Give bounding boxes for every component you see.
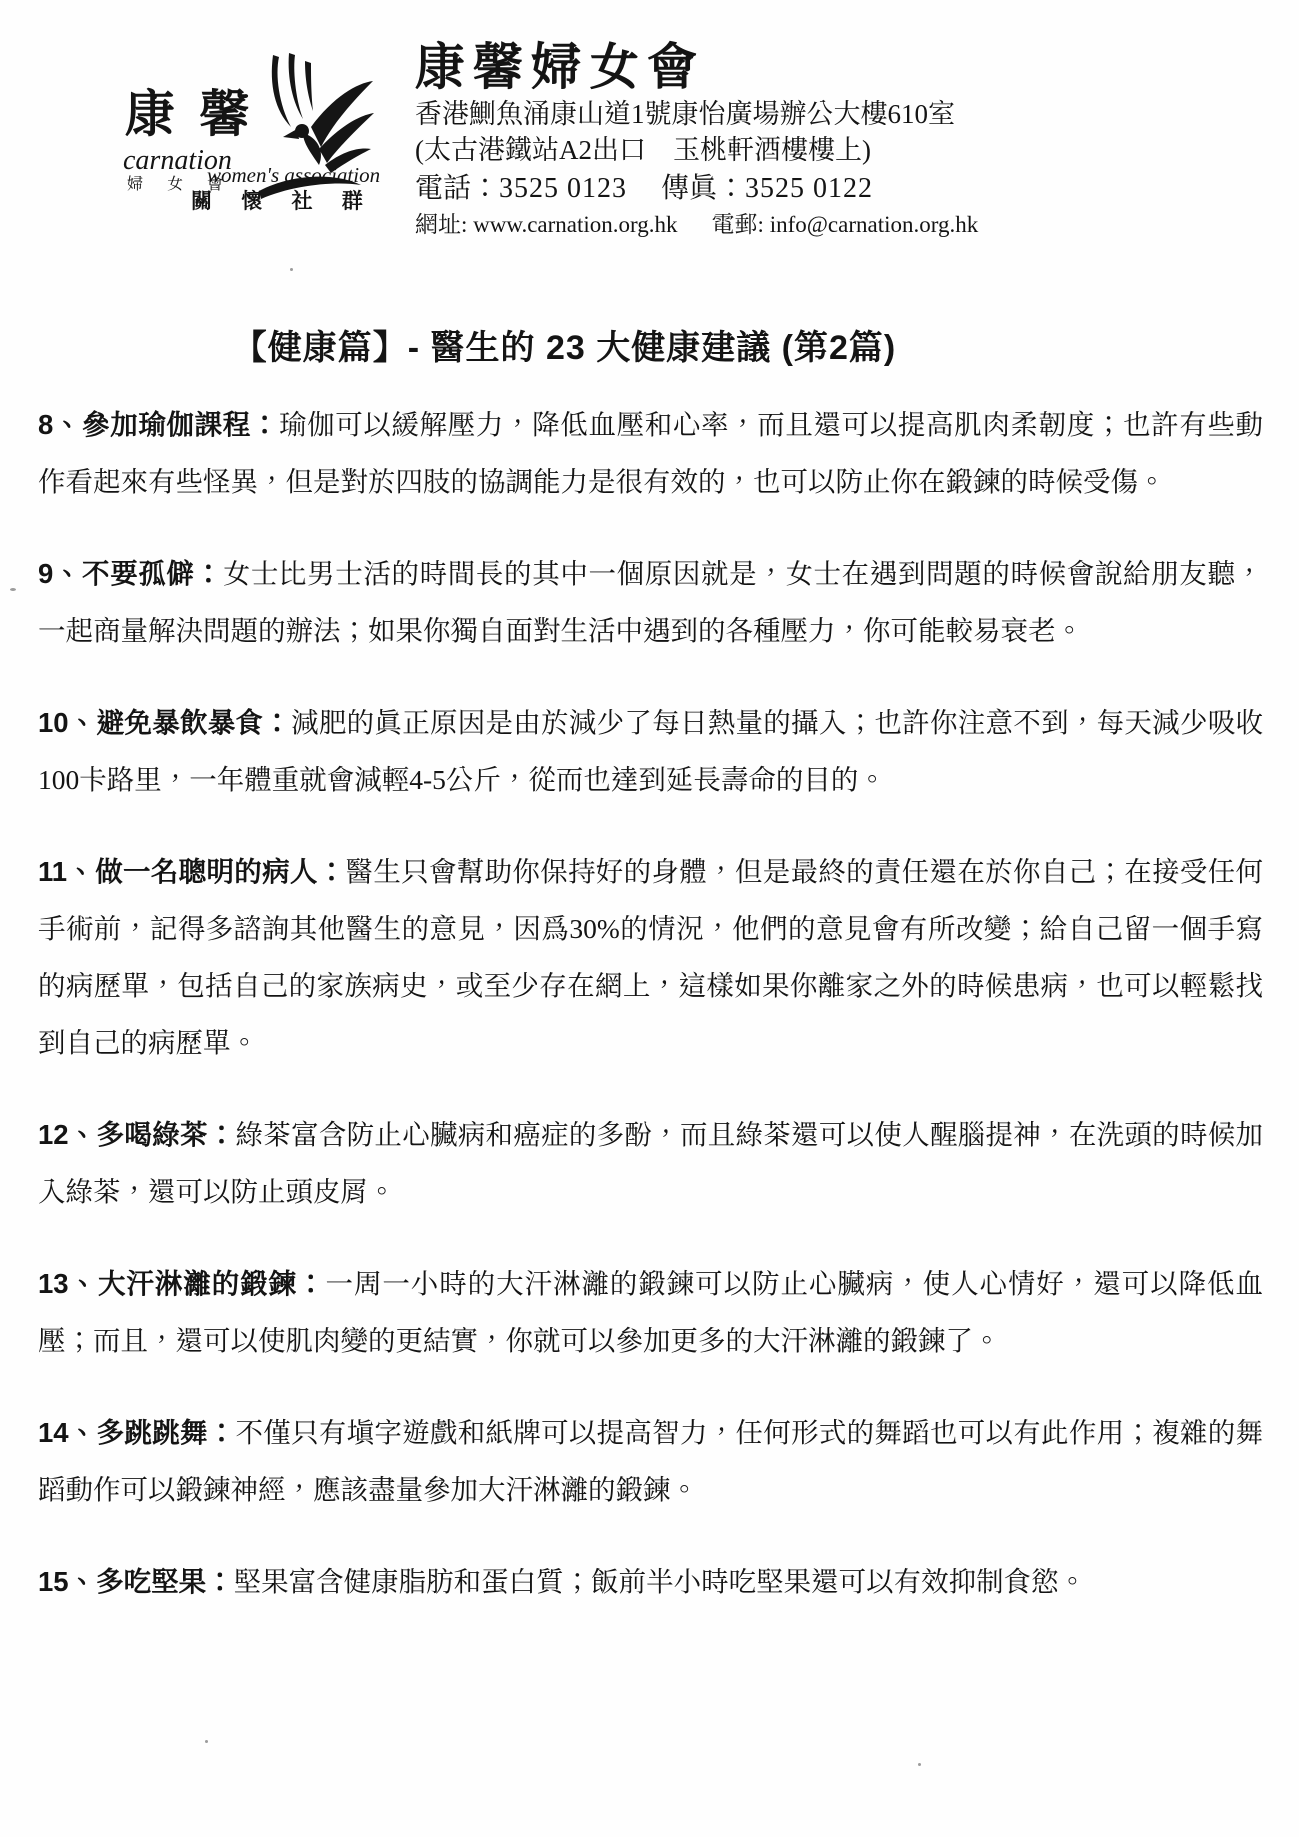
scanned-page: 康 馨 carnation 婦 女 會 women's association … <box>0 0 1299 1837</box>
advice-paragraph-9: 9、不要孤僻：女士比男士活的時間長的其中一個原因就是，女士在遇到問題的時候會說給… <box>38 545 1263 659</box>
advice-lead: 9、不要孤僻： <box>38 558 223 589</box>
advice-lead: 8、參加瑜伽課程： <box>38 409 279 440</box>
email-address: info@carnation.org.hk <box>770 212 979 237</box>
phone-label: 電話： <box>415 173 499 204</box>
org-info: 康馨婦女會 香港鰂魚涌康山道1號康怡廣場辦公大樓610室 (太古港鐵站A2出口 … <box>415 40 1255 239</box>
advice-body: 女士比男士活的時間長的其中一個原因就是，女士在遇到問題的時候會說給朋友聽，一起商… <box>38 558 1263 646</box>
org-address-line1: 香港鰂魚涌康山道1號康怡廣場辦公大樓610室 <box>415 99 1255 131</box>
org-address-line2: (太古港鐵站A2出口 玉桃軒酒樓樓上) <box>415 135 1255 167</box>
advice-lead: 12、多喝綠茶： <box>38 1119 236 1150</box>
advice-paragraph-10: 10、避免暴飲暴食：減肥的眞正原因是由於減少了每日熱量的攝入；也許你注意不到，每… <box>38 694 1263 808</box>
fax-label: 傳眞： <box>661 173 745 204</box>
logo-english-subtitle: women's association <box>207 165 380 186</box>
scan-artifact <box>205 1740 208 1743</box>
advice-lead: 14、多跳跳舞： <box>38 1417 236 1448</box>
scan-artifact <box>10 588 16 591</box>
advice-lead: 10、避免暴飲暴食： <box>38 707 291 738</box>
advice-paragraph-8: 8、參加瑜伽課程：瑜伽可以緩解壓力，降低血壓和心率，而且還可以提高肌肉柔韌度；也… <box>38 396 1263 510</box>
scan-artifact <box>290 268 293 271</box>
advice-lead: 11、做一名聰明的病人： <box>38 856 346 887</box>
org-web-email-line: 網址: www.carnation.org.hk電郵: info@carnati… <box>415 211 1255 239</box>
logo-chinese-name: 康 馨 <box>125 89 256 139</box>
advice-lead: 13、大汗淋灕的鍛鍊： <box>38 1268 325 1299</box>
website-label: 網址: <box>415 212 467 237</box>
website-url: www.carnation.org.hk <box>473 212 677 237</box>
scan-artifact <box>918 1763 921 1766</box>
org-logo: 康 馨 carnation 婦 女 會 women's association … <box>115 55 395 225</box>
document-title: 【健康篇】- 醫生的 23 大健康建議 (第2篇) <box>0 320 1299 369</box>
advice-paragraph-14: 14、多跳跳舞：不僅只有塡字遊戲和紙牌可以提高智力，任何形式的舞蹈也可以有此作用… <box>38 1404 1263 1518</box>
advice-paragraph-12: 12、多喝綠茶：綠茶富含防止心臟病和癌症的多酚，而且綠茶還可以使人醒腦提神，在洗… <box>38 1106 1263 1220</box>
letterhead: 康 馨 carnation 婦 女 會 women's association … <box>0 0 1299 250</box>
advice-paragraph-13: 13、大汗淋灕的鍛鍊：一周一小時的大汗淋灕的鍛鍊可以防止心臟病，使人心情好，還可… <box>38 1255 1263 1369</box>
document-body: 8、參加瑜伽課程：瑜伽可以緩解壓力，降低血壓和心率，而且還可以提高肌肉柔韌度；也… <box>38 396 1263 1645</box>
logo-tagline: 關 懷 社 群 <box>191 191 375 212</box>
org-phone-fax-line: 電話：3525 0123傳眞：3525 0122 <box>415 173 1255 205</box>
advice-paragraph-15: 15、多吃堅果：堅果富含健康脂肪和蛋白質；飯前半小時吃堅果還可以有效抑制食慾。 <box>38 1553 1263 1610</box>
email-label: 電郵: <box>712 212 764 237</box>
advice-body: 堅果富含健康脂肪和蛋白質；飯前半小時吃堅果還可以有效抑制食慾。 <box>234 1566 1087 1597</box>
advice-paragraph-11: 11、做一名聰明的病人：醫生只會幫助你保持好的身體，但是最終的責任還在於你自己；… <box>38 843 1263 1071</box>
phone-number: 3525 0123 <box>499 173 627 204</box>
fax-number: 3525 0122 <box>745 173 873 204</box>
advice-lead: 15、多吃堅果： <box>38 1566 234 1597</box>
org-name: 康馨婦女會 <box>415 40 1255 95</box>
